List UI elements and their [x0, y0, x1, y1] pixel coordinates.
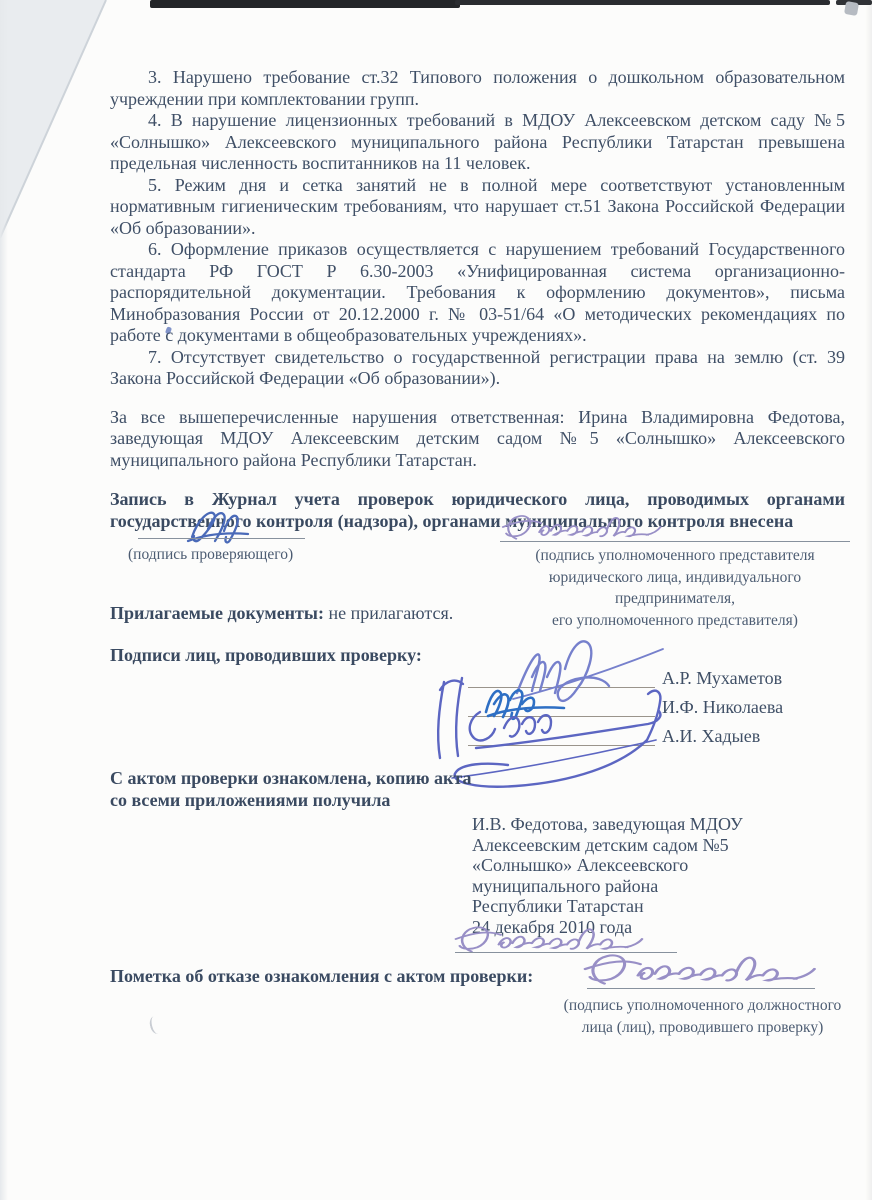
scanned-document-page: 3. Нарушено требование ст.32 Типового по…: [0, 0, 872, 1200]
caption-line: его уполномоченного представителя): [500, 610, 850, 632]
fedotova-signature-image: [578, 948, 818, 990]
acquainted-line: со всеми приложениями получила: [110, 790, 530, 812]
signature-line: [138, 538, 305, 539]
caption-line: (подпись уполномоченного представителя: [500, 545, 850, 567]
recipient-details: И.В. Федотова, заведующая МДОУ Алексеевс…: [472, 814, 802, 937]
attached-documents-value: не прилагаются.: [324, 603, 453, 623]
recipient-line: «Солнышко» Алексеевского: [472, 855, 802, 876]
inspector-signature-caption: (подпись проверяющего): [128, 544, 328, 566]
violation-item-3: 3. Нарушено требование ст.32 Типового по…: [110, 67, 845, 110]
caption-line: (подпись уполномоченного должностного: [560, 995, 845, 1017]
document-body: 3. Нарушено требование ст.32 Типового по…: [110, 67, 845, 532]
inspector-check-signature-image: [180, 505, 255, 545]
attached-documents-label: Прилагаемые документы:: [110, 603, 324, 623]
recipient-line: И.В. Федотова, заведующая МДОУ: [472, 814, 802, 835]
signature-line: [587, 988, 815, 989]
violation-item-7: 7. Отсутствует свидетельство о государст…: [110, 347, 845, 390]
pencil-smudge: [148, 1015, 164, 1035]
recipient-line: муниципального района: [472, 876, 802, 897]
caption-line: юридического лица, индивидуального предп…: [500, 567, 850, 610]
fedotova-signature-image: [498, 510, 663, 544]
signature-line: [500, 541, 850, 542]
acquainted-line: С актом проверки ознакомлена, копию акта: [110, 768, 530, 790]
representative-signature-caption: (подпись уполномоченного представителя ю…: [500, 545, 850, 631]
violation-item-5: 5. Режим дня и сетка занятий не в полной…: [110, 175, 845, 240]
left-edge-shadow: [0, 0, 8, 1200]
recipient-line: Республики Татарстан: [472, 896, 802, 917]
attached-documents-row: Прилагаемые документы: не прилагаются.: [110, 603, 453, 625]
acquainted-statement: С актом проверки ознакомлена, копию акта…: [110, 768, 530, 811]
corner-smudge: [844, 1, 859, 16]
scanner-edge-strip: [150, 0, 460, 8]
violation-item-4: 4. В нарушение лицензионных требований в…: [110, 110, 845, 175]
refusal-note-label: Пометка об отказе ознакомления с актом п…: [110, 966, 533, 988]
caption-line: лица (лиц), проводившего проверку): [560, 1017, 845, 1039]
fold-triangle: [0, 0, 120, 250]
violation-item-6: 6. Оформление приказов осуществляется с …: [110, 239, 845, 347]
refusal-signature-caption: (подпись уполномоченного должностного ли…: [560, 995, 845, 1038]
inspectors-signatures-label: Подписи лиц, проводивших проверку:: [110, 645, 422, 667]
scanner-edge-strip: [455, 0, 830, 5]
page-fold-artifact: [0, 0, 120, 255]
right-edge-shadow: [865, 0, 872, 1200]
recipient-line: Алексеевским детским садом №5: [472, 835, 802, 856]
responsible-person-paragraph: За все вышеперечисленные нарушения ответ…: [110, 407, 845, 472]
